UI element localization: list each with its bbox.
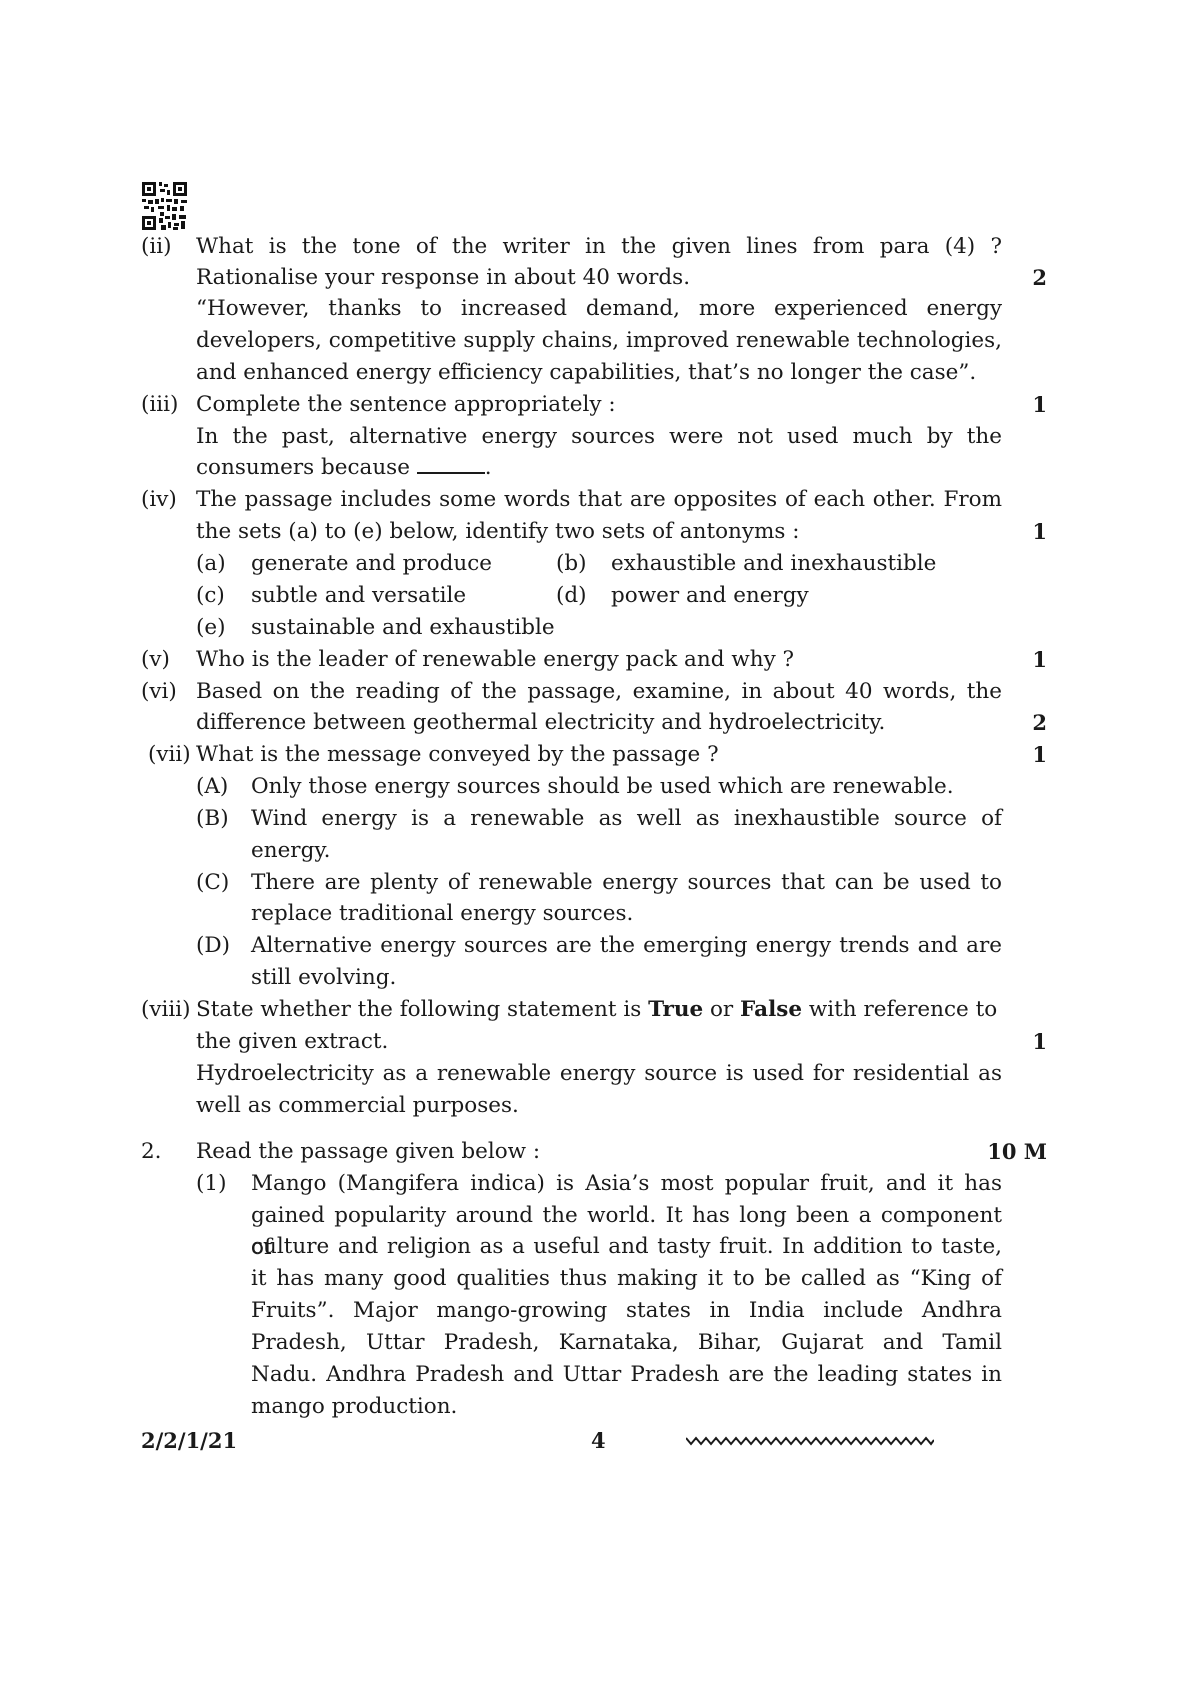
question-number: (v) bbox=[141, 644, 170, 676]
page-number: 4 bbox=[591, 1428, 606, 1453]
statement-text: Hydroelectricity as a renewable energy s… bbox=[196, 1058, 1002, 1090]
question-text: What is the message conveyed by the pass… bbox=[196, 739, 1002, 771]
question-text: State whether the following statement is… bbox=[196, 994, 1002, 1026]
marks: 10 M bbox=[987, 1136, 1047, 1168]
text-fragment: State whether the following statement is bbox=[196, 997, 648, 1022]
question-number: (ii) bbox=[141, 231, 172, 263]
question-number: (viii) bbox=[141, 994, 191, 1026]
question-text: What is the tone of the writer in the gi… bbox=[196, 231, 1002, 263]
question-number: (vi) bbox=[141, 676, 177, 708]
option-text: still evolving. bbox=[251, 962, 1002, 994]
passage-line: Nadu. Andhra Pradesh and Uttar Pradesh a… bbox=[251, 1359, 1002, 1391]
sentence-text: In the past, alternative energy sources … bbox=[196, 421, 1002, 453]
quoted-text: developers, competitive supply chains, i… bbox=[196, 325, 1002, 357]
option-text: exhaustible and inexhaustible bbox=[611, 548, 936, 580]
question-text: the sets (a) to (e) below, identify two … bbox=[196, 516, 1002, 548]
question-number: (iii) bbox=[141, 389, 178, 421]
question-text-part: State whether the following statement is… bbox=[196, 994, 997, 1026]
marks: 1 bbox=[1032, 1026, 1047, 1058]
text-fragment: or bbox=[703, 997, 740, 1022]
option-label: (A) bbox=[196, 771, 228, 803]
option-label: (C) bbox=[196, 867, 229, 899]
quoted-text: “However, thanks to increased demand, mo… bbox=[196, 293, 1002, 325]
question-text: Rationalise your response in about 40 wo… bbox=[196, 262, 1002, 294]
sentence-text: consumers because . bbox=[196, 452, 1002, 484]
passage-line: Fruits”. Major mango-growing states in I… bbox=[251, 1295, 1002, 1327]
marks: 1 bbox=[1032, 739, 1047, 771]
marks: 1 bbox=[1032, 516, 1047, 548]
question-instruction: Read the passage given below : bbox=[196, 1136, 1002, 1168]
option-text: There are plenty of renewable energy sou… bbox=[251, 867, 1002, 899]
passage-line: mango production. bbox=[251, 1391, 1002, 1423]
true-keyword: True bbox=[648, 997, 703, 1022]
question-text: difference between geothermal electricit… bbox=[196, 707, 1002, 739]
text-fragment: with reference to bbox=[802, 997, 997, 1022]
option-label: (c) bbox=[196, 580, 225, 612]
paragraph-label: (1) bbox=[196, 1168, 226, 1200]
option-text: replace traditional energy sources. bbox=[251, 898, 1002, 930]
option-label: (b) bbox=[556, 548, 587, 580]
sentence-prefix: consumers because bbox=[196, 455, 410, 480]
option-label: (B) bbox=[196, 803, 229, 835]
marks: 1 bbox=[1032, 644, 1047, 676]
option-text: sustainable and exhaustible bbox=[251, 612, 1002, 644]
sentence-suffix: . bbox=[485, 455, 492, 480]
option-label: (a) bbox=[196, 548, 226, 580]
option-label: (D) bbox=[196, 930, 230, 962]
passage-line: Pradesh, Uttar Pradesh, Karnataka, Bihar… bbox=[251, 1327, 1002, 1359]
question-number: 2. bbox=[141, 1136, 162, 1168]
option-label: (e) bbox=[196, 612, 226, 644]
question-text: Complete the sentence appropriately : bbox=[196, 389, 1002, 421]
option-label: (d) bbox=[556, 580, 587, 612]
question-text: the given extract. bbox=[196, 1026, 1002, 1058]
marks: 1 bbox=[1032, 389, 1047, 421]
quoted-text: and enhanced energy efficiency capabilit… bbox=[196, 357, 1002, 389]
option-text: energy. bbox=[251, 835, 1002, 867]
option-text: Only those energy sources should be used… bbox=[251, 771, 1002, 803]
exam-page: (ii) What is the tone of the writer in t… bbox=[0, 0, 1190, 1683]
question-number: (iv) bbox=[141, 484, 177, 516]
qr-code-icon bbox=[141, 181, 188, 231]
question-number: (vii) bbox=[148, 739, 191, 771]
marks: 2 bbox=[1032, 707, 1047, 739]
wavy-line-decoration-icon bbox=[686, 1434, 934, 1448]
question-text: Who is the leader of renewable energy pa… bbox=[196, 644, 1002, 676]
option-text: power and energy bbox=[611, 580, 809, 612]
option-text: Wind energy is a renewable as well as in… bbox=[251, 803, 1002, 835]
passage-line: Mango (Mangifera indica) is Asia’s most … bbox=[251, 1168, 1002, 1200]
marks: 2 bbox=[1032, 262, 1047, 294]
false-keyword: False bbox=[740, 997, 802, 1022]
statement-text: well as commercial purposes. bbox=[196, 1090, 1002, 1122]
paper-code: 2/2/1/21 bbox=[141, 1428, 237, 1453]
passage-line: it has many good qualities thus making i… bbox=[251, 1263, 1002, 1295]
option-text: Alternative energy sources are the emerg… bbox=[251, 930, 1002, 962]
question-text: The passage includes some words that are… bbox=[196, 484, 1002, 516]
passage-line: culture and religion as a useful and tas… bbox=[251, 1231, 1002, 1263]
question-text: Based on the reading of the passage, exa… bbox=[196, 676, 1002, 708]
fill-blank bbox=[417, 454, 485, 474]
